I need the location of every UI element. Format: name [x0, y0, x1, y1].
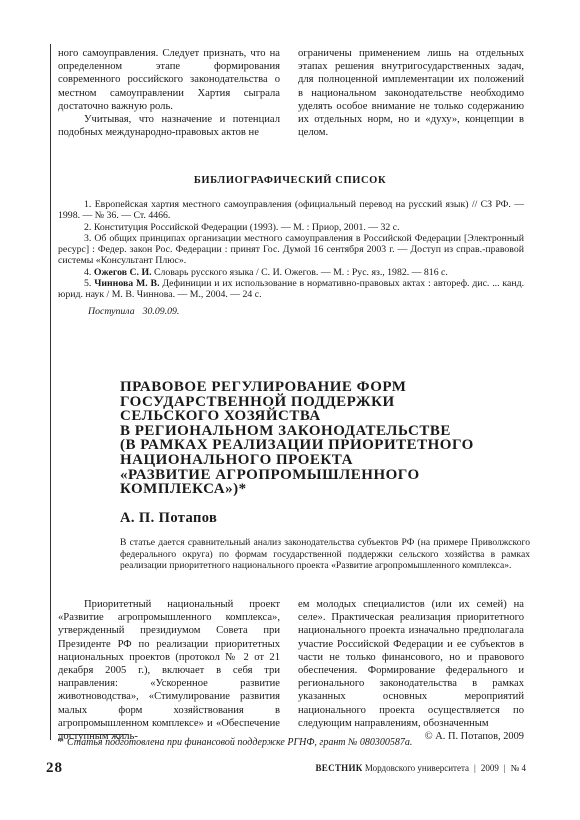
journal-page: ного самоуправления. Следует признать, ч… [0, 0, 580, 820]
bibliography-item: 4. Ожегов С. И. Словарь русского языка /… [58, 267, 524, 278]
article-author: А. П. Потапов [120, 510, 217, 527]
page-number: 28 [46, 760, 63, 777]
paragraph: ем молодых специалистов (или их семей) н… [298, 598, 524, 730]
paragraph: ного самоуправления. Следует признать, ч… [58, 47, 280, 113]
bibliography-list: 1. Европейская хартия местного самоуправ… [58, 199, 524, 301]
body-right-column: ем молодых специалистов (или их семей) н… [298, 598, 524, 730]
separator: | [474, 763, 476, 773]
received-date: Поступила30.09.09. [88, 306, 179, 317]
received-label: Поступила [88, 306, 135, 317]
left-margin-rule [50, 44, 51, 740]
journal-issue: № 4 [511, 763, 526, 773]
intro-left-column: ного самоуправления. Следует признать, ч… [58, 47, 280, 139]
bibliography-item: 3. Об общих принципах организации местно… [58, 233, 524, 267]
footnote-rule [58, 734, 128, 735]
journal-name-bold: ВЕСТНИК [315, 763, 362, 773]
paragraph: Учитывая, что назначение и потенциал под… [58, 113, 280, 139]
running-head: ВЕСТНИК Мордовского университета|2009|№ … [315, 763, 526, 773]
bibliography-item: 5. Чиннова М. В. Дефиниции и их использо… [58, 278, 524, 301]
bibliography-item: 1. Европейская хартия местного самоуправ… [58, 199, 524, 222]
footnote: *Статья подготовлена при финансовой подд… [58, 737, 528, 748]
footnote-text: Статья подготовлена при финансовой подде… [67, 737, 412, 748]
body-left-column: Приоритетный национальный проект «Развит… [58, 598, 280, 743]
bibliography-heading: БИБЛИОГРАФИЧЕСКИЙ СПИСОК [0, 175, 580, 186]
separator: | [504, 763, 506, 773]
article-title: ПРАВОВОЕ РЕГУЛИРОВАНИЕ ФОРМ ГОСУДАРСТВЕН… [120, 380, 480, 497]
footnote-mark: * [58, 737, 63, 748]
article-abstract: В статье дается сравнительный анализ зак… [120, 537, 530, 572]
paragraph: ограничены применением лишь на отдельных… [298, 47, 524, 139]
bibliography-item: 2. Конституция Российской Федерации (199… [58, 222, 524, 233]
received-value: 30.09.09. [143, 306, 180, 317]
journal-year: 2009 [481, 763, 499, 773]
journal-name-rest: Мордовского университета [365, 763, 469, 773]
intro-right-column: ограничены применением лишь на отдельных… [298, 47, 524, 139]
paragraph: Приоритетный национальный проект «Развит… [58, 598, 280, 743]
